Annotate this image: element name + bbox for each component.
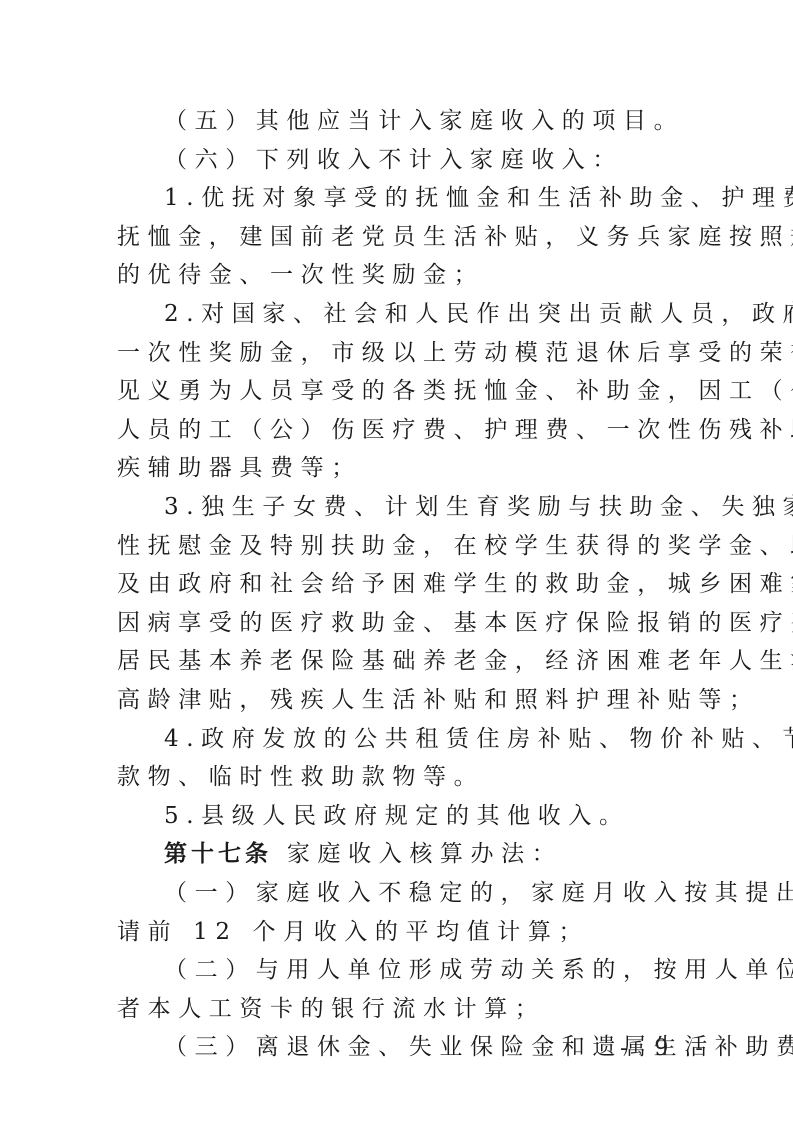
paragraph-line: 3.独生子女费、计划生育奖励与扶助金、失独家庭一次: [164, 487, 684, 527]
document-page: （五）其他应当计入家庭收入的项目。 （六）下列收入不计入家庭收入： 1.优抚对象…: [0, 0, 793, 1122]
paragraph-line: 款物、临时性救助款物等。: [117, 757, 683, 797]
paragraph-line: 者本人工资卡的银行流水计算；: [117, 989, 683, 1029]
paragraph-line: 抚恤金，建国前老党员生活补贴，义务兵家庭按照规定享受: [117, 217, 683, 257]
paragraph-line: 及由政府和社会给予困难学生的救助金，城乡困难家庭成员: [117, 564, 683, 604]
paragraph-line: （一）家庭收入不稳定的，家庭月收入按其提出低保申: [164, 873, 684, 913]
article-title: 家庭收入核算办法：: [287, 841, 562, 867]
paragraph-line: （六）下列收入不计入家庭收入：: [164, 140, 684, 180]
article-number: 第十七条: [164, 840, 272, 867]
paragraph-line: 请前 12 个月收入的平均值计算；: [117, 912, 683, 952]
paragraph-line: 5.县级人民政府规定的其他收入。: [164, 796, 684, 836]
paragraph-line: 4.政府发放的公共租赁住房补贴、物价补贴、节日慰问: [164, 719, 684, 759]
article-heading-line: 第十七条 家庭收入核算办法：: [164, 834, 684, 874]
paragraph-line: 因病享受的医疗救助金、基本医疗保险报销的医疗费，城乡: [117, 603, 683, 643]
paragraph-line: 1.优抚对象享受的抚恤金和生活补助金、护理费、伤残: [164, 178, 684, 218]
paragraph-line: （三）离退休金、失业保险金和遗属生活补助费按照实: [164, 1027, 684, 1067]
paragraph-line: 居民基本养老保险基础养老金，经济困难老年人生活补贴，: [117, 641, 683, 681]
paragraph-line: （二）与用人单位形成劳动关系的，按用人单位证明或: [164, 950, 684, 990]
paragraph-line: 一次性奖励金，市级以上劳动模范退休后享受的荣誉津贴，: [117, 333, 683, 373]
paragraph-line: 见义勇为人员享受的各类抚恤金、补助金，因工（公）负伤: [117, 371, 683, 411]
paragraph-line: 2.对国家、社会和人民作出突出贡献人员，政府给予的: [164, 294, 684, 334]
paragraph-line: 高龄津贴，残疾人生活补贴和照料护理补贴等；: [117, 680, 683, 720]
paragraph-line: （五）其他应当计入家庭收入的项目。: [164, 101, 684, 141]
paragraph-line: 性抚慰金及特别扶助金，在校学生获得的奖学金、助学金以: [117, 526, 683, 566]
page-number: - 9 -: [620, 1036, 713, 1061]
paragraph-line: 人员的工（公）伤医疗费、护理费、一次性伤残补助金、残: [117, 410, 683, 450]
paragraph-line: 的优待金、一次性奖励金；: [117, 255, 683, 295]
paragraph-line: 疾辅助器具费等；: [117, 448, 683, 488]
